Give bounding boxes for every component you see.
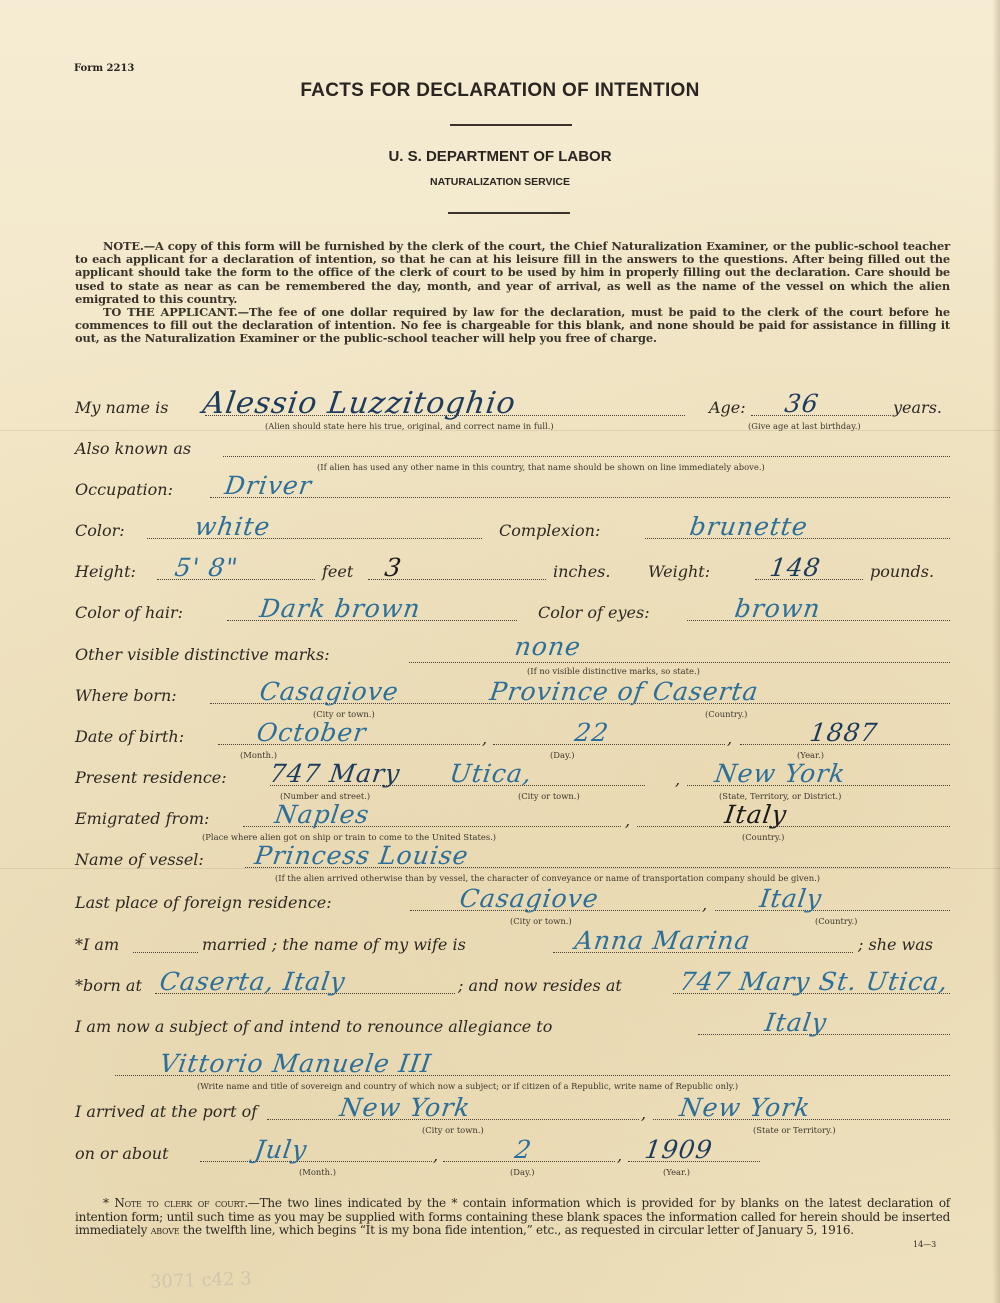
arrival-month-hint: (Month.) xyxy=(299,1167,336,1177)
port-row: I arrived at the port of New York , New … xyxy=(75,1097,950,1127)
born-city-value: Casagiove xyxy=(258,677,401,706)
paper-edge xyxy=(992,0,1000,1303)
born-country-hint: (Country.) xyxy=(705,709,747,719)
arrival-month-value: July xyxy=(253,1135,309,1164)
arrival-month-field[interactable] xyxy=(200,1161,432,1162)
last-residence-label: Last place of foreign residence: xyxy=(75,893,332,912)
allegiance-country-value: Italy xyxy=(763,1008,829,1037)
inches-label: inches. xyxy=(553,562,610,581)
feet-label: feet xyxy=(322,562,353,581)
weight-label: Weight: xyxy=(648,562,710,581)
vessel-hint: (If the alien arrived otherwise than by … xyxy=(275,873,820,883)
married-label-b: married ; the name of my wife is xyxy=(202,935,466,954)
emigrated-row: Emigrated from: Naples , Italy (Place wh… xyxy=(75,804,950,834)
born-country-value: Province of Caserta xyxy=(488,677,761,706)
weight-value: 148 xyxy=(768,553,823,582)
age-suffix: years. xyxy=(893,398,942,417)
name-hint: (Alien should state here his true, origi… xyxy=(265,421,554,431)
wife-name-value: Anna Marina xyxy=(573,926,753,955)
dob-day-hint: (Day.) xyxy=(550,750,575,760)
wife-born-value: Caserta, Italy xyxy=(158,967,347,996)
aka-label: Also known as xyxy=(75,439,191,458)
arrival-row: on or about July , 2 , 1909 (Month.) (Da… xyxy=(75,1139,950,1169)
page-title: FACTS FOR DECLARATION OF INTENTION xyxy=(0,80,1000,102)
arrival-day-hint: (Day.) xyxy=(510,1167,535,1177)
residence-row: Present residence: 747 Mary Utica, , New… xyxy=(75,763,950,793)
applicant-paragraph: TO THE APPLICANT.—The fee of one dollar … xyxy=(75,306,950,346)
emigrated-country-hint: (Country.) xyxy=(742,832,784,842)
arrival-day-value: 2 xyxy=(513,1135,534,1164)
vessel-value: Princess Louise xyxy=(253,841,471,870)
wife-residence-value: 747 Mary St. Utica, xyxy=(678,967,950,996)
residence-city-hint: (City or town.) xyxy=(518,791,580,801)
port-label: I arrived at the port of xyxy=(75,1102,257,1121)
born-label: Where born: xyxy=(75,686,177,705)
emigrated-country-value: Italy xyxy=(723,800,789,829)
height-label: Height: xyxy=(75,562,136,581)
dob-label: Date of birth: xyxy=(75,727,184,746)
sovereign-row: Vittorio Manuele III (Write name and tit… xyxy=(75,1053,950,1083)
declaration-form: Form 2213 FACTS FOR DECLARATION OF INTEN… xyxy=(0,0,1000,1303)
clerk-note: * Note to clerk of court.—The two lines … xyxy=(75,1197,950,1238)
marks-hint: (If no visible distinctive marks, so sta… xyxy=(527,666,700,676)
archive-stamp: 3071 c42 3 xyxy=(150,1268,252,1293)
married-label-c: ; she was xyxy=(858,935,933,954)
aka-hint: (If alien has used any other name in thi… xyxy=(317,462,765,472)
occupation-label: Occupation: xyxy=(75,480,173,499)
emigrated-country-field[interactable] xyxy=(637,826,950,827)
eyes-label: Color of eyes: xyxy=(538,603,650,622)
form-number: Form 2213 xyxy=(74,63,134,74)
occupation-field[interactable] xyxy=(210,497,950,498)
last-residence-country-hint: (Country.) xyxy=(815,916,857,926)
port-city-hint: (City or town.) xyxy=(422,1125,484,1135)
name-value: Alessio Luzzitoghio xyxy=(201,386,519,421)
port-city-value: New York xyxy=(338,1093,473,1122)
last-residence-country-field[interactable] xyxy=(715,910,950,911)
color-label: Color: xyxy=(75,521,125,540)
complexion-label: Complexion: xyxy=(499,521,600,540)
eyes-value: brown xyxy=(733,594,823,623)
vessel-label: Name of vessel: xyxy=(75,850,204,869)
header-divider xyxy=(448,212,570,214)
occupation-row: Occupation: Driver xyxy=(75,475,950,505)
marks-field[interactable] xyxy=(409,662,950,663)
residence-street-value: 747 Mary xyxy=(268,759,402,788)
height-feet-value: 5' 8" xyxy=(173,553,240,582)
residence-label: Present residence: xyxy=(75,768,227,787)
weight-suffix: pounds. xyxy=(870,562,934,581)
title-divider xyxy=(450,124,572,126)
marks-label: Other visible distinctive marks: xyxy=(75,645,330,664)
married-row: *I am married ; the name of my wife is A… xyxy=(75,930,950,960)
color-row: Color: white Complexion: brunette xyxy=(75,516,950,546)
dob-row: Date of birth: October , 22 , 1887 (Mont… xyxy=(75,722,950,752)
hair-eyes-row: Color of hair: Dark brown Color of eyes:… xyxy=(75,598,950,628)
age-hint: (Give age at last birthday.) xyxy=(748,421,861,431)
emigrated-place-value: Naples xyxy=(273,800,371,829)
note-paragraph: NOTE.—A copy of this form will be furnis… xyxy=(75,240,950,306)
vessel-row: Name of vessel: Princess Louise (If the … xyxy=(75,845,950,875)
last-residence-city-hint: (City or town.) xyxy=(510,916,572,926)
arrival-label: on or about xyxy=(75,1144,169,1163)
color-value: white xyxy=(193,512,272,541)
age-label: Age: xyxy=(709,398,746,417)
age-field[interactable] xyxy=(751,415,891,416)
dob-month-value: October xyxy=(255,718,368,747)
port-state-value: New York xyxy=(678,1093,813,1122)
occupation-value: Driver xyxy=(223,471,314,500)
allegiance-label: I am now a subject of and intend to reno… xyxy=(75,1017,552,1036)
print-code: 14—3 xyxy=(913,1240,936,1249)
dob-day-field[interactable] xyxy=(493,744,725,745)
aka-field[interactable] xyxy=(223,456,950,457)
married-label-a: *I am xyxy=(75,935,119,954)
sovereign-value: Vittorio Manuele III xyxy=(158,1049,434,1078)
dob-year-value: 1887 xyxy=(808,718,880,747)
wife-born-label-a: *born at xyxy=(75,976,142,995)
wife-born-row: *born at Caserta, Italy ; and now reside… xyxy=(75,971,950,1001)
born-row: Where born: Casagiove Province of Casert… xyxy=(75,681,950,711)
marks-value: none xyxy=(513,632,583,661)
arrival-year-value: 1909 xyxy=(643,1135,715,1164)
arrival-year-hint: (Year.) xyxy=(663,1167,690,1177)
last-residence-city-value: Casagiove xyxy=(458,884,601,913)
service-heading: NATURALIZATION SERVICE xyxy=(0,176,1000,188)
height-row: Height: 5' 8" feet 3 inches. Weight: 148… xyxy=(75,557,950,587)
complexion-value: brunette xyxy=(688,512,810,541)
marks-row: Other visible distinctive marks: none (I… xyxy=(75,640,950,670)
emigrated-label: Emigrated from: xyxy=(75,809,209,828)
instructions: NOTE.—A copy of this form will be furnis… xyxy=(75,240,950,346)
hair-value: Dark brown xyxy=(258,594,423,623)
allegiance-row: I am now a subject of and intend to reno… xyxy=(75,1012,950,1042)
sovereign-hint: (Write name and title of sovereign and c… xyxy=(197,1081,738,1091)
residence-state-value: New York xyxy=(713,759,848,788)
name-label: My name is xyxy=(75,398,168,417)
name-row: My name is Alessio Luzzitoghio (Alien sh… xyxy=(75,393,950,423)
department-heading: U. S. DEPARTMENT OF LABOR xyxy=(0,148,1000,165)
last-residence-country-value: Italy xyxy=(758,884,824,913)
port-state-hint: (State or Territory.) xyxy=(753,1125,836,1135)
residence-city-value: Utica, xyxy=(448,759,534,788)
aka-row: Also known as (If alien has used any oth… xyxy=(75,434,950,464)
dob-day-value: 22 xyxy=(573,718,611,747)
last-residence-row: Last place of foreign residence: Casagio… xyxy=(75,888,950,918)
height-inches-value: 3 xyxy=(383,553,404,582)
age-value: 36 xyxy=(783,389,821,418)
married-status-field[interactable] xyxy=(133,952,198,953)
hair-label: Color of hair: xyxy=(75,603,183,622)
wife-born-label-b: ; and now resides at xyxy=(458,976,622,995)
